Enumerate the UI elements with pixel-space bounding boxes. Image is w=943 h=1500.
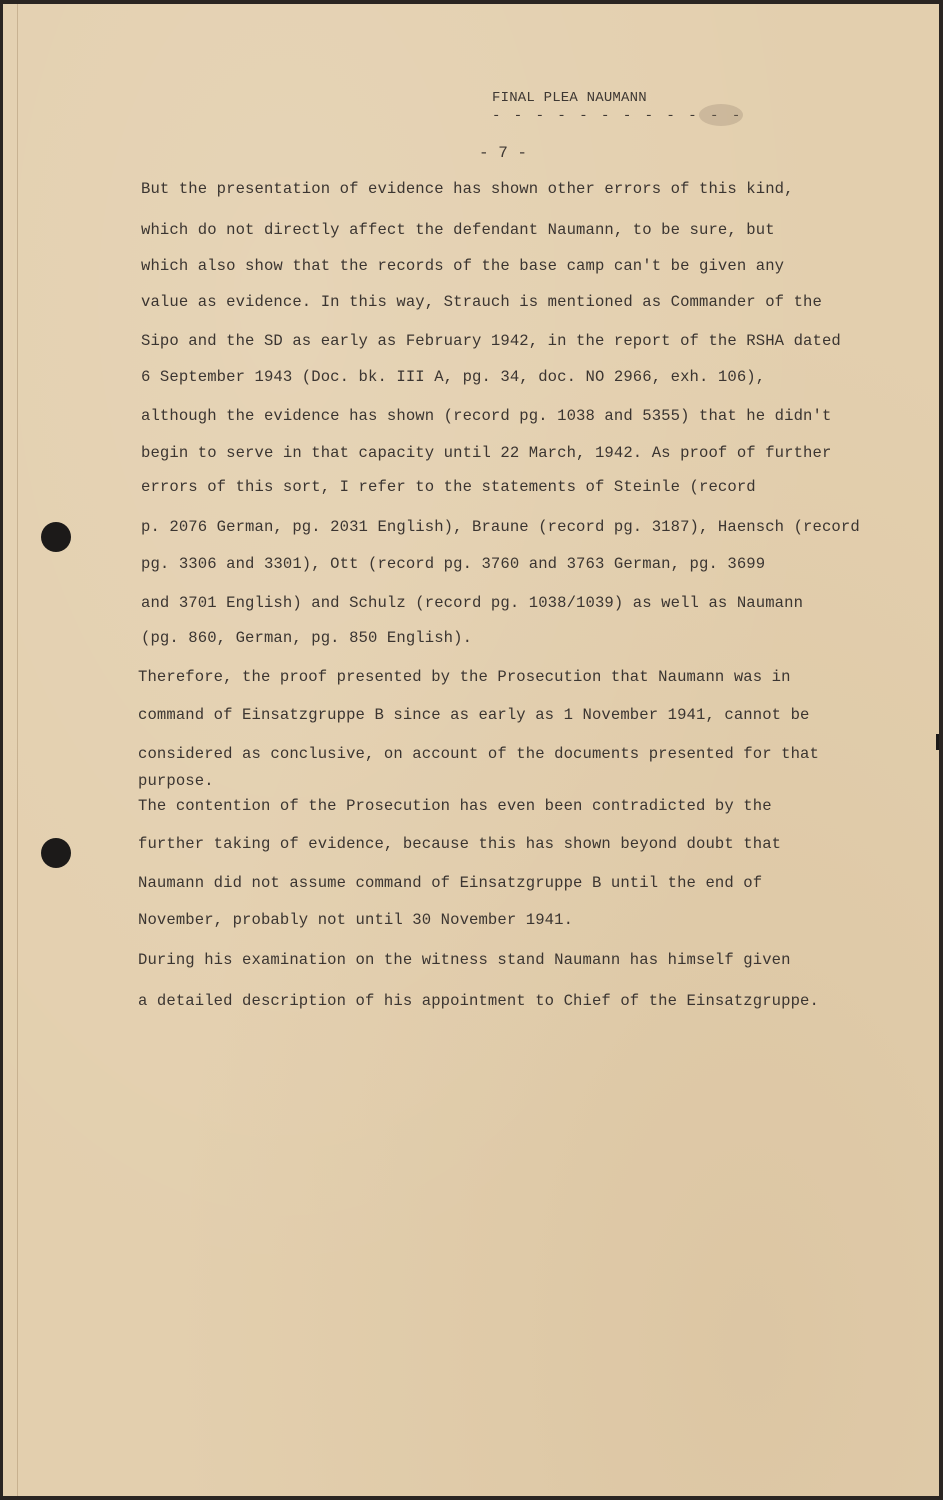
punch-hole-bottom <box>41 838 71 868</box>
text-line: (pg. 860, German, pg. 850 English). <box>141 629 472 647</box>
text-line: which also show that the records of the … <box>141 257 784 275</box>
text-line: Naumann did not assume command of Einsat… <box>138 874 762 892</box>
text-line: purpose. <box>138 772 214 790</box>
text-line: During his examination on the witness st… <box>138 951 791 969</box>
text-line: begin to serve in that capacity until 22… <box>141 444 831 462</box>
text-line: Therefore, the proof presented by the Pr… <box>138 668 791 686</box>
ink-smudge <box>699 104 743 126</box>
document-header-title: FINAL PLEA NAUMANN <box>492 90 647 106</box>
text-line: a detailed description of his appointmen… <box>138 992 819 1010</box>
text-line: p. 2076 German, pg. 2031 English), Braun… <box>141 518 860 536</box>
text-line: pg. 3306 and 3301), Ott (record pg. 3760… <box>141 555 765 573</box>
text-line: considered as conclusive, on account of … <box>138 745 819 763</box>
text-line: which do not directly affect the defenda… <box>141 221 775 239</box>
text-line: value as evidence. In this way, Strauch … <box>141 293 822 311</box>
text-line: The contention of the Prosecution has ev… <box>138 797 772 815</box>
text-line: further taking of evidence, because this… <box>138 835 781 853</box>
text-line: command of Einsatzgruppe B since as earl… <box>138 706 810 724</box>
paper-fold-line <box>17 4 18 1496</box>
edge-mark <box>936 734 939 750</box>
document-page: FINAL PLEA NAUMANN - - - - - - - - - - -… <box>3 4 939 1496</box>
page-number: - 7 - <box>479 144 527 162</box>
text-line: But the presentation of evidence has sho… <box>141 180 794 198</box>
text-line: and 3701 English) and Schulz (record pg.… <box>141 594 803 612</box>
text-line: November, probably not until 30 November… <box>138 911 573 929</box>
punch-hole-top <box>41 522 71 552</box>
text-line: errors of this sort, I refer to the stat… <box>141 478 756 496</box>
text-line: although the evidence has shown (record … <box>141 407 831 425</box>
text-line: Sipo and the SD as early as February 194… <box>141 332 841 350</box>
text-line: 6 September 1943 (Doc. bk. III A, pg. 34… <box>141 368 765 386</box>
